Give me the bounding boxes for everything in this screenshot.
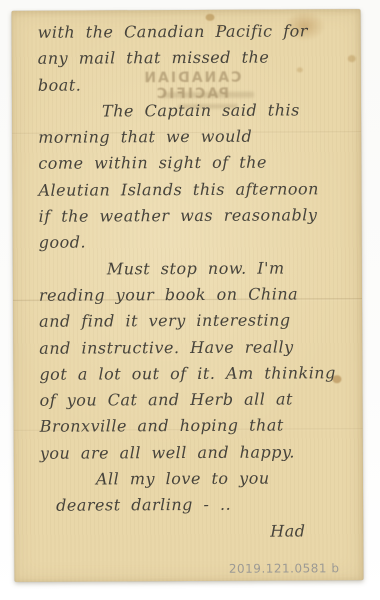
letter-page: CANADIAN PACIFIC with the Canadian Pacif…: [12, 9, 364, 582]
letter-line: with the Canadian Pacific for: [38, 18, 351, 46]
letter-line: All my love to you: [40, 465, 353, 493]
letter-line: good.: [39, 229, 352, 257]
letter-line: Aleutian Islands this afternoon: [38, 176, 351, 204]
letter-line: Must stop now. I'm: [39, 255, 352, 283]
letter-line: if the weather was reasonably: [39, 202, 352, 230]
letter-line: and instructive. Have really: [39, 334, 352, 362]
letter-line: come within sight of the: [38, 150, 351, 178]
letter-line: The Captain said this: [38, 97, 351, 125]
letter-line: boat.: [38, 71, 351, 99]
letter-line: of you Cat and Herb all at: [39, 386, 352, 414]
letter-line: got a lot out of it. Am thinking: [39, 360, 352, 388]
letter-line: and find it very interesting: [39, 307, 352, 335]
letter-line: any mail that missed the: [38, 44, 351, 72]
letter-line: morning that we would: [38, 123, 351, 151]
letter-line: dearest darling - ..: [40, 491, 353, 519]
letter-line: reading your book on China: [39, 281, 352, 309]
letter-body: with the Canadian Pacific forany mail th…: [38, 18, 354, 546]
photo-background: CANADIAN PACIFIC with the Canadian Pacif…: [0, 0, 380, 600]
letter-line: you are all well and happy.: [40, 439, 353, 467]
catalog-number: 2019.121.0581 b: [229, 561, 340, 576]
letter-line: Had: [40, 518, 353, 546]
letter-line: Bronxville and hoping that: [40, 413, 353, 441]
